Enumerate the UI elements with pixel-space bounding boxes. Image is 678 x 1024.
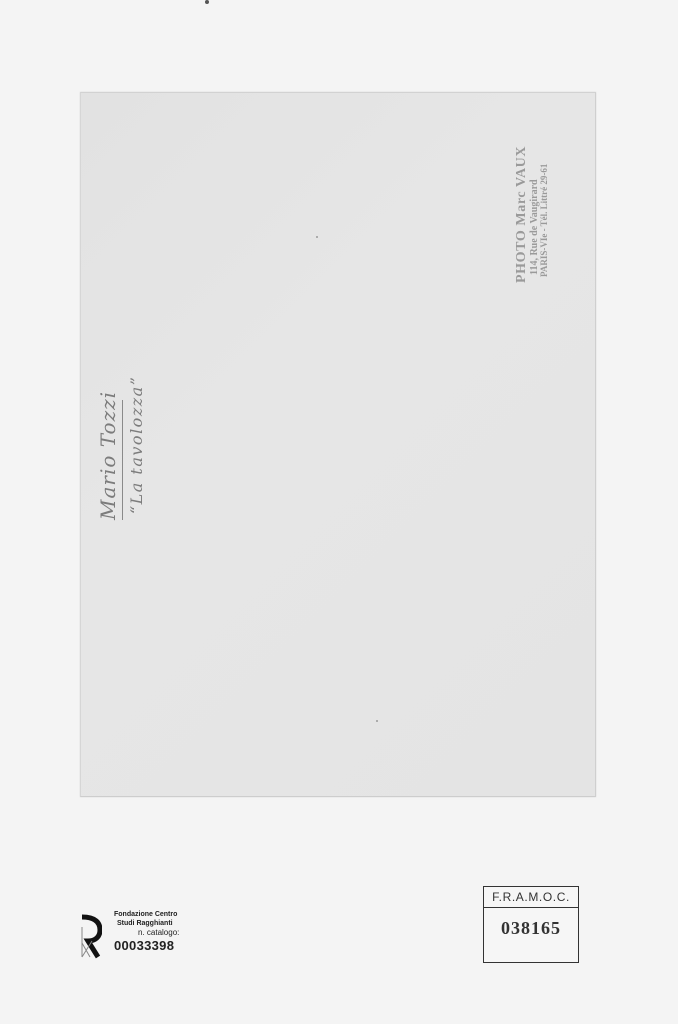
foundation-label: Fondazione Centro Studi Ragghianti n. ca… xyxy=(78,908,198,963)
dust-mark xyxy=(376,720,378,722)
org-name-line-1: Fondazione Centro xyxy=(114,910,179,919)
org-name-line-2: Studi Ragghianti xyxy=(114,919,179,928)
photographer-stamp: PHOTO Marc VAUX 114, Rue de Vaugirard PA… xyxy=(515,146,550,283)
dust-mark xyxy=(316,236,318,238)
dust-speck xyxy=(205,0,209,4)
framoc-number: 038165 xyxy=(484,908,578,939)
framoc-header: F.R.A.M.O.C. xyxy=(484,887,578,908)
catalog-number: 00033398 xyxy=(114,938,179,954)
handwritten-note: Mario Tozzi “La tavolozza” xyxy=(96,376,146,520)
framoc-label: F.R.A.M.O.C. 038165 xyxy=(483,886,579,963)
stamp-line-3: PARIS-VIe - Tél. Littré 29-61 xyxy=(540,146,549,283)
stamp-line-1: PHOTO Marc VAUX xyxy=(515,146,530,283)
catalog-label: n. catalogo: xyxy=(114,928,179,938)
fsr-logo-icon xyxy=(78,913,102,959)
artwork-title: “La tavolozza” xyxy=(127,376,146,520)
underline xyxy=(122,400,123,520)
artist-name: Mario Tozzi xyxy=(96,376,120,520)
